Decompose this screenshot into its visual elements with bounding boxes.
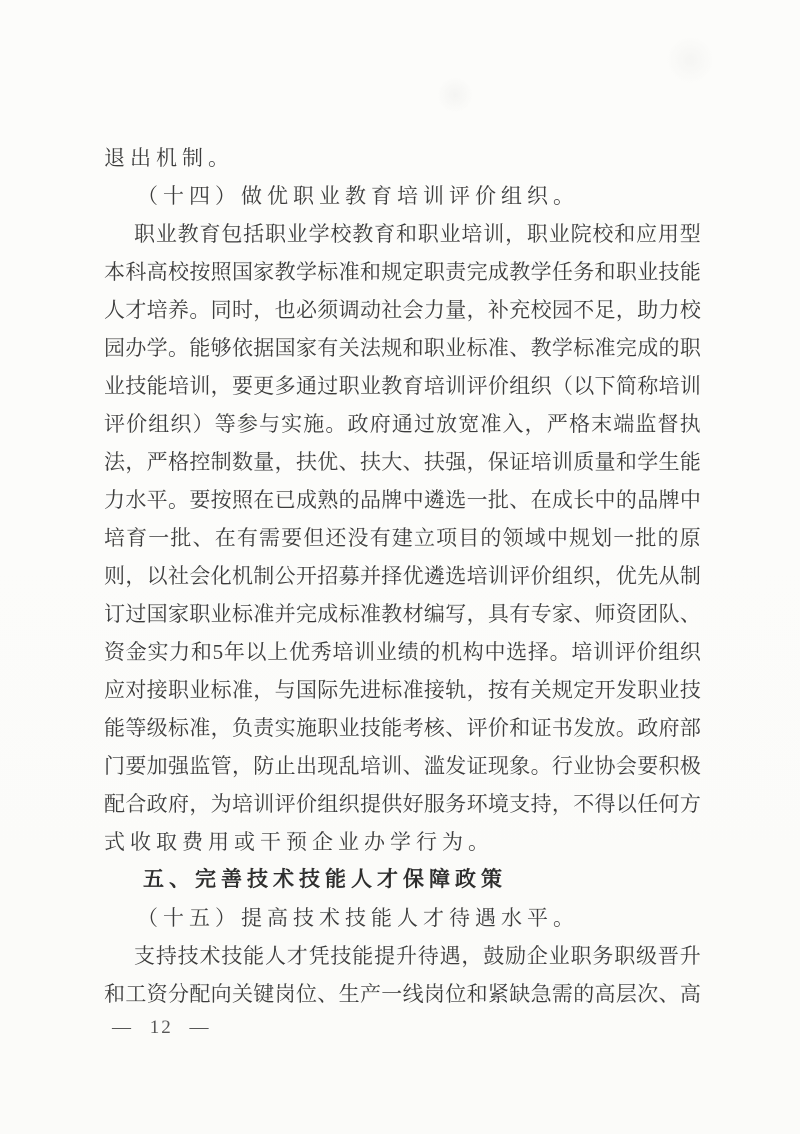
text-line: 退出机制。 [104, 139, 701, 177]
text-line: 支持技术技能人才凭技能提升待遇，鼓励企业职务职级晋升 [104, 937, 701, 975]
section-heading: 五、完善技术技能人才保障政策 [104, 861, 701, 899]
text-line: （十五）提高技术技能人才待遇水平。 [104, 899, 701, 937]
text-line: 法，严格控制数量，扶优、扶大、扶强，保证培训质量和学生能 [104, 443, 701, 481]
text-line: 配合政府，为培训评价组织提供好服务环境支持，不得以任何方 [104, 785, 701, 823]
text-line: 资金实力和5年以上优秀培训业绩的机构中选择。培训评价组织 [104, 633, 701, 671]
text-line: 式收取费用或干预企业办学行为。 [104, 823, 701, 861]
text-line: 应对接职业标准，与国际先进标准接轨，按有关规定开发职业技 [104, 671, 701, 709]
text-line: 人才培养。同时，也必须调动社会力量，补充校园不足，助力校 [104, 291, 701, 329]
page-number: — 12 — [112, 1013, 211, 1043]
text-line: 能等级标准，负责实施职业技能考核、评价和证书发放。政府部 [104, 709, 701, 747]
text-line: 园办学。能够依据国家有关法规和职业标准、教学标准完成的职 [104, 329, 701, 367]
text-line: 业技能培训，要更多通过职业教育培训评价组织（以下简称培训 [104, 367, 701, 405]
text-line: 职业教育包括职业学校教育和职业培训，职业院校和应用型 [104, 215, 701, 253]
text-block: 退出机制。（十四）做优职业教育培训评价组织。职业教育包括职业学校教育和职业培训，… [104, 139, 701, 1013]
text-line: 评价组织）等参与实施。政府通过放宽准入，严格末端监督执 [104, 405, 701, 443]
text-line: （十四）做优职业教育培训评价组织。 [104, 177, 701, 215]
text-line: 则，以社会化机制公开招募并择优遴选培训评价组织，优先从制 [104, 557, 701, 595]
text-line: 门要加强监管，防止出现乱培训、滥发证现象。行业协会要积极 [104, 747, 701, 785]
text-line: 本科高校按照国家教学标准和规定职责完成教学任务和职业技能 [104, 253, 701, 291]
document-page: 退出机制。（十四）做优职业教育培训评价组织。职业教育包括职业学校教育和职业培训，… [0, 0, 800, 1134]
text-line: 订过国家职业标准并完成标准教材编写，具有专家、师资团队、 [104, 595, 701, 633]
text-line: 培育一批、在有需要但还没有建立项目的领域中规划一批的原 [104, 519, 701, 557]
text-line: 力水平。要按照在已成熟的品牌中遴选一批、在成长中的品牌中 [104, 481, 701, 519]
text-line: 和工资分配向关键岗位、生产一线岗位和紧缺急需的高层次、高 [104, 975, 701, 1013]
